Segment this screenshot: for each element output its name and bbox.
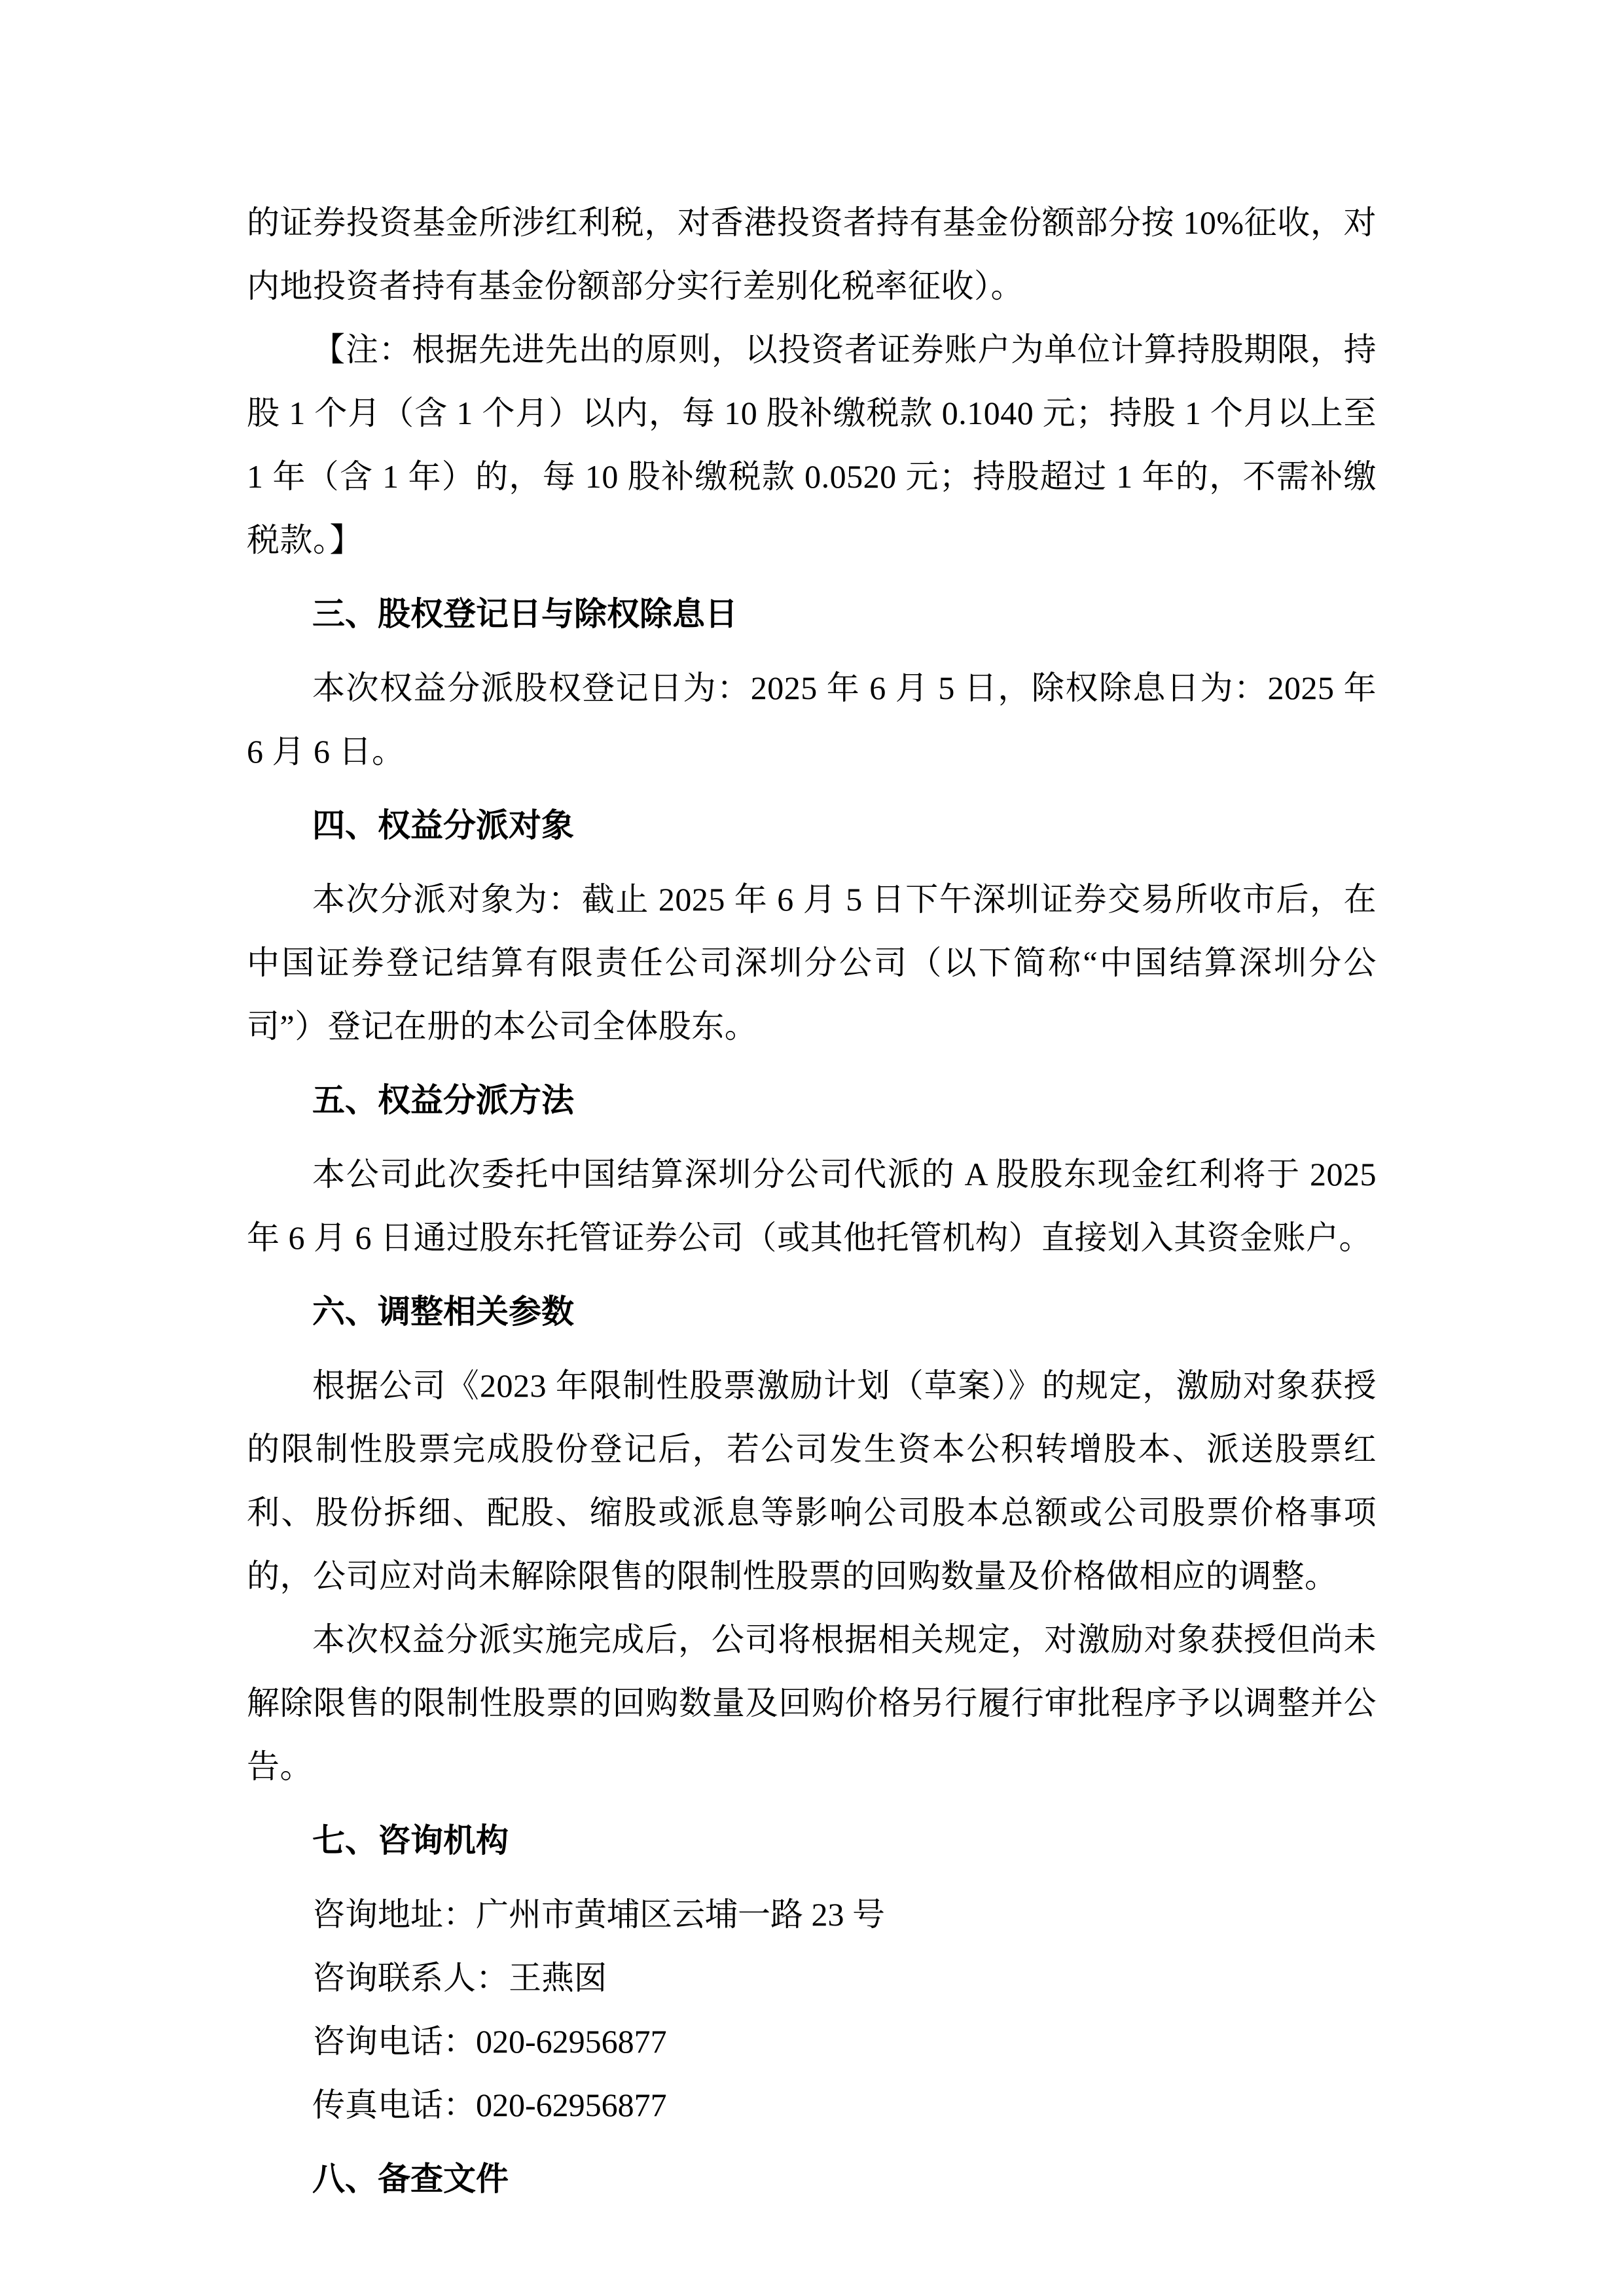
- paragraph-record-date: 本次权益分派股权登记日为：2025 年 6 月 5 日，除权除息日为：2025 …: [247, 656, 1377, 783]
- paragraph-distribution-method: 本公司此次委托中国结算深圳分公司代派的 A 股股东现金红利将于 2025 年 6…: [247, 1143, 1377, 1270]
- contact-fax-line: 传真电话：020-62956877: [247, 2073, 1377, 2137]
- paragraph-adjustment-procedure: 本次权益分派实施完成后，公司将根据相关规定，对激励对象获授但尚未解除限售的限制性…: [247, 1608, 1377, 1799]
- document-page: 的证券投资基金所涉红利税，对香港投资者持有基金份额部分按 10%征收，对内地投资…: [0, 0, 1624, 2296]
- paragraph-note-holding-period-tax: 【注：根据先进先出的原则，以投资者证券账户为单位计算持股期限，持股 1 个月（含…: [247, 318, 1377, 572]
- section-heading-parameter-adjustment: 六、调整相关参数: [247, 1280, 1377, 1344]
- section-heading-consulting-agency: 七、咨询机构: [247, 1809, 1377, 1873]
- contact-address-line: 咨询地址：广州市黄埔区云埔一路 23 号: [247, 1883, 1377, 1946]
- contact-person-line: 咨询联系人：王燕囡: [247, 1946, 1377, 2010]
- paragraph-distribution-target: 本次分派对象为：截止 2025 年 6 月 5 日下午深圳证券交易所收市后，在中…: [247, 868, 1377, 1058]
- section-heading-reference-documents: 八、备查文件: [247, 2147, 1377, 2211]
- section-heading-distribution-target: 四、权益分派对象: [247, 794, 1377, 857]
- section-heading-record-date: 三、股权登记日与除权除息日: [247, 583, 1377, 646]
- contact-phone-line: 咨询电话：020-62956877: [247, 2010, 1377, 2073]
- paragraph-tax-continuation: 的证券投资基金所涉红利税，对香港投资者持有基金份额部分按 10%征收，对内地投资…: [247, 191, 1377, 318]
- paragraph-adjustment-rule: 根据公司《2023 年限制性股票激励计划（草案）》的规定，激励对象获授的限制性股…: [247, 1354, 1377, 1608]
- section-heading-distribution-method: 五、权益分派方法: [247, 1069, 1377, 1132]
